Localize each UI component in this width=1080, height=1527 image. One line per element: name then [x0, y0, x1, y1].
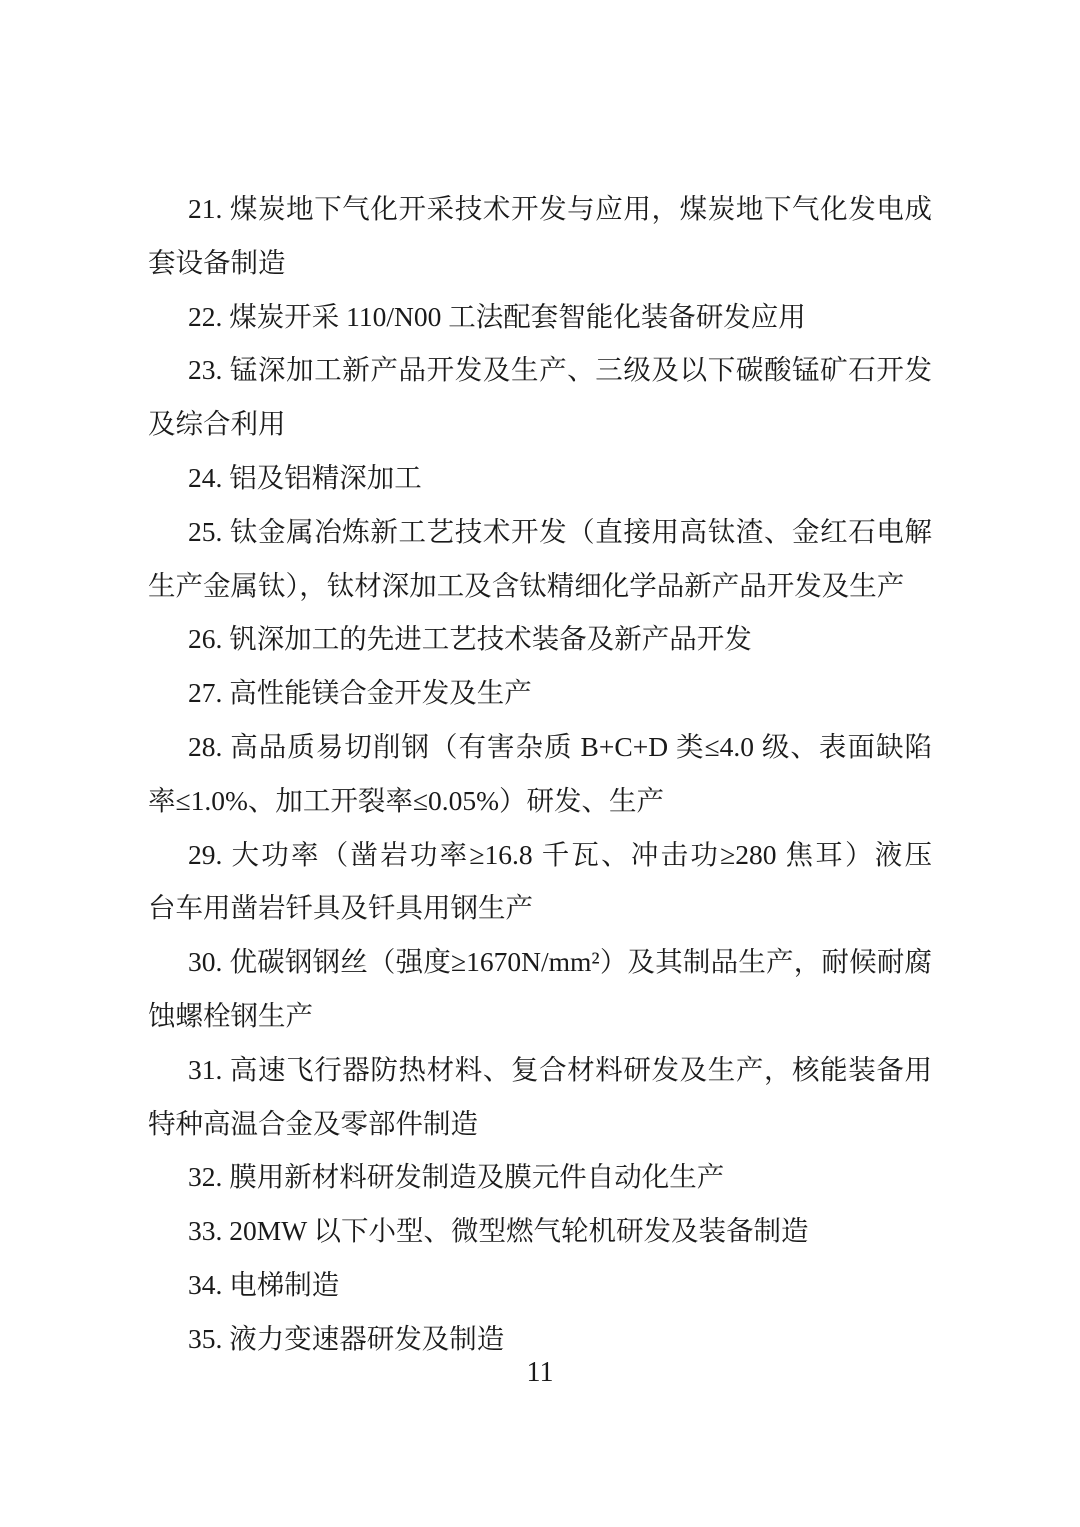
- list-item-24: 24. 铝及铝精深加工: [148, 451, 932, 505]
- list-item-33: 33. 20MW 以下小型、微型燃气轮机研发及装备制造: [148, 1204, 932, 1258]
- list-item-line: 31. 高速飞行器防热材料、复合材料研发及生产，核能装备用: [148, 1043, 932, 1097]
- list-item-line: 29. 大功率（凿岩功率≥16.8 千瓦、冲击功≥280 焦耳）液压: [148, 828, 932, 882]
- body-text: 21. 煤炭地下气化开采技术开发与应用，煤炭地下气化发电成 套设备制造 22. …: [148, 182, 932, 1366]
- page-number: 11: [0, 1346, 1080, 1400]
- list-item-32: 32. 膜用新材料研发制造及膜元件自动化生产: [148, 1150, 932, 1204]
- list-item-line: 蚀螺栓钢生产: [148, 989, 932, 1043]
- list-item-line: 32. 膜用新材料研发制造及膜元件自动化生产: [148, 1150, 932, 1204]
- list-item-line: 特种高温合金及零部件制造: [148, 1097, 932, 1151]
- list-item-line: 率≤1.0%、加工开裂率≤0.05%）研发、生产: [148, 774, 932, 828]
- list-item-line: 套设备制造: [148, 236, 932, 290]
- list-item-26: 26. 钒深加工的先进工艺技术装备及新产品开发: [148, 612, 932, 666]
- list-item-line: 21. 煤炭地下气化开采技术开发与应用，煤炭地下气化发电成: [148, 182, 932, 236]
- list-item-23: 23. 锰深加工新产品开发及生产、三级及以下碳酸锰矿石开发 及综合利用: [148, 343, 932, 451]
- list-item-line: 33. 20MW 以下小型、微型燃气轮机研发及装备制造: [148, 1204, 932, 1258]
- list-item-line: 25. 钛金属冶炼新工艺技术开发（直接用高钛渣、金红石电解: [148, 505, 932, 559]
- document-page: 21. 煤炭地下气化开采技术开发与应用，煤炭地下气化发电成 套设备制造 22. …: [0, 0, 1080, 1527]
- list-item-line: 24. 铝及铝精深加工: [148, 451, 932, 505]
- list-item-27: 27. 高性能镁合金开发及生产: [148, 666, 932, 720]
- list-item-line: 30. 优碳钢钢丝（强度≥1670N/mm²）及其制品生产，耐候耐腐: [148, 935, 932, 989]
- list-item-line: 台车用凿岩钎具及钎具用钢生产: [148, 881, 932, 935]
- list-item-25: 25. 钛金属冶炼新工艺技术开发（直接用高钛渣、金红石电解 生产金属钛），钛材深…: [148, 505, 932, 613]
- list-item-21: 21. 煤炭地下气化开采技术开发与应用，煤炭地下气化发电成 套设备制造: [148, 182, 932, 290]
- list-item-34: 34. 电梯制造: [148, 1258, 932, 1312]
- list-item-28: 28. 高品质易切削钢（有害杂质 B+C+D 类≤4.0 级、表面缺陷 率≤1.…: [148, 720, 932, 828]
- list-item-line: 22. 煤炭开采 110/N00 工法配套智能化装备研发应用: [148, 290, 932, 344]
- list-item-line: 28. 高品质易切削钢（有害杂质 B+C+D 类≤4.0 级、表面缺陷: [148, 720, 932, 774]
- list-item-line: 34. 电梯制造: [148, 1258, 932, 1312]
- list-item-22: 22. 煤炭开采 110/N00 工法配套智能化装备研发应用: [148, 290, 932, 344]
- list-item-line: 23. 锰深加工新产品开发及生产、三级及以下碳酸锰矿石开发: [148, 343, 932, 397]
- list-item-line: 生产金属钛），钛材深加工及含钛精细化学品新产品开发及生产: [148, 559, 932, 613]
- list-item-line: 及综合利用: [148, 397, 932, 451]
- list-item-30: 30. 优碳钢钢丝（强度≥1670N/mm²）及其制品生产，耐候耐腐 蚀螺栓钢生…: [148, 935, 932, 1043]
- list-item-31: 31. 高速飞行器防热材料、复合材料研发及生产，核能装备用 特种高温合金及零部件…: [148, 1043, 932, 1151]
- list-item-29: 29. 大功率（凿岩功率≥16.8 千瓦、冲击功≥280 焦耳）液压 台车用凿岩…: [148, 828, 932, 936]
- list-item-line: 27. 高性能镁合金开发及生产: [148, 666, 932, 720]
- list-item-line: 26. 钒深加工的先进工艺技术装备及新产品开发: [148, 612, 932, 666]
